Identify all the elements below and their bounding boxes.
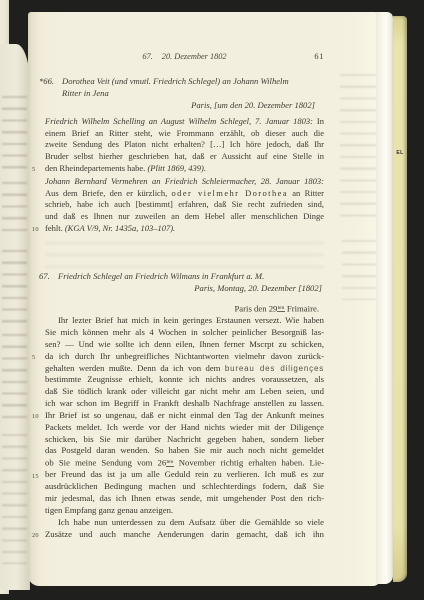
letter-66-title: Dorothea Veit (und vmutl. Friedrich Schl… (62, 76, 289, 86)
book-page: 67.20. Dezember 1802 61 *66. Dorothea Ve… (28, 12, 380, 586)
running-head-date: 20. Dezember 1802 (162, 52, 227, 61)
line-number: 5 (32, 164, 35, 176)
text-line: einem Brief an Ritter steht, wie Fromman… (45, 128, 324, 140)
text-line: schicken, bis Sie mir darüber Nachricht … (45, 434, 324, 446)
ghost-text-left (2, 96, 27, 172)
text-line: 5da ich durch Ihr unbegreifliches Nichta… (45, 351, 324, 363)
text-line: Ihr lezter Brief hat mich in kein gering… (45, 315, 324, 327)
letter-66-label: *66. (39, 75, 54, 87)
letter-67-body: Paris den 29ten Frimaire.Ihr lezter Brie… (45, 303, 324, 540)
letter-66-title-continued: Ritter in Jena (62, 88, 109, 98)
text-line: bestimmte Zeugnisse erhielt, konnte ich … (45, 374, 324, 386)
letter-67-dateline: Paris, Montag, 20. Dezember [1802] (45, 282, 324, 294)
line-number: 10 (32, 224, 39, 236)
letter-66-heading-line-2: Ritter in Jena (45, 87, 324, 99)
text-line: Ich habe nun unterdessen zu dem Aufsatz … (45, 517, 324, 529)
text-line: 5den Rheindepartements habe. (Plitt 1869… (45, 163, 324, 175)
ghost-text-showthrough (45, 242, 324, 270)
text-line: 10Ihr Brief ist so ungenau, daß er nicht… (45, 410, 324, 422)
ghost-text-left (2, 182, 27, 240)
line-number: 5 (32, 352, 35, 364)
text-line: daß Sie tödlich krank oder villeicht gar… (45, 386, 324, 398)
letter-67-title: Friedrich Schlegel an Friedrich Wilmans … (58, 271, 264, 281)
letter-67-heading: 67. Friedrich Schlegel an Friedrich Wilm… (45, 270, 324, 282)
text-line: schrieb, habe ich auch [bestimmt] erfahr… (45, 199, 324, 211)
ghost-text-left (2, 434, 27, 564)
text-line: Aus dem Briefe, den er kürzlich, oder vi… (45, 188, 324, 200)
ghost-text-right (340, 74, 378, 224)
running-head-number: 67. (142, 52, 152, 61)
fore-edge-label: EL (393, 150, 407, 156)
page-number: 61 (314, 52, 324, 61)
ghost-text-left (2, 334, 27, 426)
text-line: Paris den 29ten Frimaire. (45, 303, 324, 315)
text-line: ich war schon im Begriff in Frankft desh… (45, 398, 324, 410)
text-line: mir jedesmal, das ich Ihnen etwas sende,… (45, 493, 324, 505)
text-line: Friedrich Wilhelm Schelling an August Wi… (45, 116, 324, 128)
fore-edge-strip: EL (393, 16, 407, 582)
text-line: sen? — Und wie sollte ich denn eilen, Ih… (45, 339, 324, 351)
line-number: 20 (32, 530, 39, 542)
running-head: 67.20. Dezember 1802 61 (45, 52, 324, 61)
text-line: ausdrücklichen Bedingung machen und schl… (45, 481, 324, 493)
line-number: 10 (32, 411, 39, 423)
text-line: 20Zusätze und auch manche Aenderungen da… (45, 529, 324, 541)
text-line: 15ber Freund das ist ja um alle Geduld r… (45, 469, 324, 481)
scan-background: { "colors":{ "background":"#1f201e", "pa… (0, 0, 424, 600)
facing-page-edge (0, 44, 30, 590)
text-line: tigen Empfang ganz genau anzeigen. (45, 505, 324, 517)
ghost-text-left (2, 250, 27, 328)
text-line: Bruder selbst hierher geschrieben hat, d… (45, 151, 324, 163)
commentary-paragraph-2: Johann Bernhard Vermehren an Friedrich S… (45, 176, 324, 235)
letter-66-heading-line-1: *66. Dorothea Veit (und vmutl. Friedrich… (45, 75, 324, 87)
text-line: ob Sie meine Sendung vom 26ten November … (45, 457, 324, 469)
text-line: zweite Sendung des Platon nicht erhalten… (45, 139, 324, 151)
text-line: 10fehlt. (KGA V/9, Nr. 1435a, 103–107). (45, 223, 324, 235)
ghost-text-right (342, 240, 376, 300)
text-line: und daß es Ihnen nur zuweilen an dem Heb… (45, 211, 324, 223)
letter-66-dateline: Paris, [um den 20. Dezember 1802] (45, 99, 324, 111)
letter-67-label: 67. (39, 270, 50, 282)
text-line: Sie mich können mehr als 4 Wochen in sol… (45, 327, 324, 339)
text-line: das Postgeld daran wenden. So haben Sie … (45, 445, 324, 457)
text-line: Packets meldet. Ich werde vor der Hand n… (45, 422, 324, 434)
line-number: 15 (32, 471, 39, 483)
commentary-paragraph-1: Friedrich Wilhelm Schelling an August Wi… (45, 116, 324, 175)
text-line: Johann Bernhard Vermehren an Friedrich S… (45, 176, 324, 188)
text-line: gehalten werden mußte. Denn da ich von d… (45, 363, 324, 375)
page-curl-edge (376, 12, 393, 584)
